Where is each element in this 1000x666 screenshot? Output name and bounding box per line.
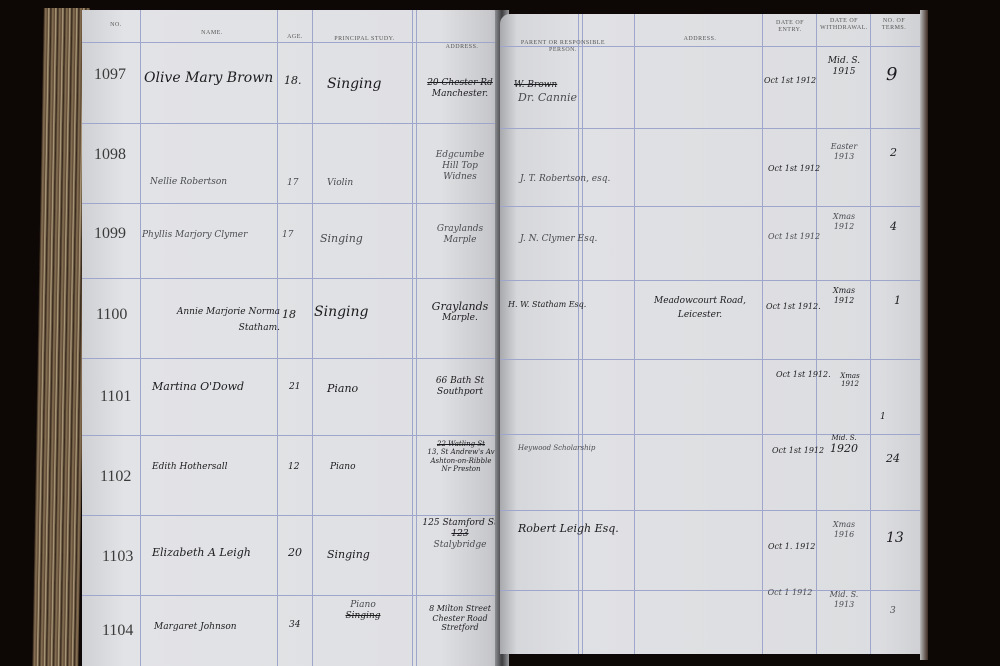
address-line: Nr Preston [441,465,480,473]
rule-line [82,515,504,516]
date-of-withdrawal: Mid. S. 1915 [820,56,868,78]
parent-name: W. Brown Dr. Cannie [514,80,577,104]
parent-line: Dr. Cannie [518,91,577,104]
header-date-of-withdrawal: Date of Withdrawal. [818,18,870,32]
rule-line [870,14,871,654]
address-line: 13, St Andrew's Av [427,448,494,456]
address-line: Marple. [442,313,478,324]
student-address: Graylands Marple [418,224,502,246]
rule-line [500,280,922,281]
rule-line [82,358,504,359]
address-line: Graylands [437,224,483,235]
entry-number: 1103 [102,548,133,566]
rule-line [82,123,504,124]
rule-line [82,595,504,596]
date-of-entry: Oct 1st 1912 [764,76,816,85]
header-date-of-entry: Date of Entry. [765,20,815,34]
student-age: 12 [288,462,299,472]
no-of-terms: 13 [886,530,904,546]
entry-number: 1097 [94,66,126,84]
address-line: Marple [444,235,477,246]
date-of-withdrawal: Easter 1913 [820,142,868,161]
student-age: 20 [288,546,302,559]
student-name: Olive Mary Brown [144,70,273,86]
student-name: Martina O'Dowd [152,380,244,393]
date-of-withdrawal: Xmas 1912 [830,372,870,389]
rule-line [82,42,504,43]
address-line: Edgcumbe [436,150,485,161]
address-struck: 22 Watling St [437,440,485,448]
no-of-terms: 4 [890,220,897,233]
header-age: Age. [278,34,312,41]
date-of-withdrawal: Xmas 1912 [820,286,868,305]
date-of-entry: Oct 1st 1912. [766,302,821,311]
date-of-entry: Oct 1st 1912 [772,446,824,455]
header-address: Address. [422,44,502,51]
left-page: No. Name. Age. Principal Study. Address.… [82,10,504,666]
right-page: Parent or Responsible Person. Address. D… [500,14,922,654]
no-of-terms: 1 [880,412,886,422]
student-address: 20 Chester Rd Manchester. [418,78,502,100]
rule-line [140,10,141,666]
parent-name: H. W. Statham Esq. [508,300,586,309]
student-address: Graylands Marple. [418,300,502,324]
study-correction: Piano [350,600,376,611]
student-name: Annie Marjorie Norma Statham. [142,304,280,336]
student-name: Margaret Johnson [154,622,237,632]
header-no: No. [96,22,136,29]
rule-line [500,359,922,360]
principal-study: Singing [314,304,369,320]
parent-struck: W. Brown [514,80,557,91]
parent-address: Meadowcourt Road, Leicester. [640,294,760,322]
principal-study: Violin [327,178,353,188]
principal-study: Piano [327,382,358,395]
entry-number: 1104 [102,622,133,640]
header-parent-address: Address. [660,36,740,43]
header-no-of-terms: No. of Terms. [872,18,916,32]
principal-study: Singing [327,76,382,92]
entry-number: 1102 [100,468,131,486]
address-line: Stalybridge [434,540,487,551]
date-of-withdrawal: Mid. S. 1913 [820,590,868,609]
rule-line [500,206,922,207]
rule-line [412,10,413,666]
header-name: Name. [172,30,252,37]
student-age: 17 [282,230,293,240]
rule-line [312,10,313,666]
no-of-terms: 2 [890,146,897,159]
no-of-terms: 9 [886,64,897,85]
student-name: Nellie Robertson [150,177,227,187]
entry-number: 1101 [100,388,131,406]
rule-line [578,14,579,654]
student-age: 17 [287,178,298,188]
date-of-withdrawal: Xmas 1916 [820,520,868,539]
student-age: 18. [284,74,302,87]
date-of-entry: Oct 1st 1912 [768,232,820,241]
study-struck: Singing [345,611,380,622]
rule-line [82,435,504,436]
address-line: Hill Top [442,161,478,172]
parent-name: J. T. Robertson, esq. [520,174,610,184]
parent-name: Heywood Scholarship [518,444,595,452]
address-line: Widnes [443,172,476,183]
parent-name: Robert Leigh Esq. [518,522,619,535]
entry-number: 1099 [94,225,126,243]
no-of-terms: 1 [894,294,901,307]
address-line: 125 Stamford St [422,518,497,529]
address-struck: 123 [451,529,468,540]
rule-line [277,10,278,666]
rule-line [82,203,504,204]
principal-study: Piano Singing [318,600,408,622]
student-age: 21 [289,382,300,392]
address-line: Ashton-on-Ribble [431,457,492,465]
parent-name: J. N. Clymer Esq. [520,234,597,244]
student-address: Edgcumbe Hill Top Widnes [418,150,502,182]
date-of-entry: Oct 1. 1912 [768,542,815,551]
student-address: 22 Watling St 13, St Andrew's Av Ashton-… [418,440,504,474]
address-line: Graylands [432,300,489,313]
entry-number: 1100 [96,306,127,324]
date-of-entry: Oct 1st 1912 [768,164,820,173]
student-age: 34 [289,620,300,630]
address-line: Chester Road [432,614,487,624]
student-address: 125 Stamford St 123 Stalybridge [418,518,502,550]
header-principal-study: Principal Study. [317,36,412,43]
rule-line [500,510,922,511]
rule-line [762,14,763,654]
date-of-entry: Oct 1 1912 [766,588,814,598]
address-line: Manchester. [432,89,488,100]
date-of-entry: Oct 1st 1912. [776,370,831,379]
principal-study: Singing [320,232,363,245]
date-of-withdrawal: Mid. S. 1920 [820,434,868,456]
entry-number: 1098 [94,146,126,164]
student-name: Phyllis Marjory Clymer [142,230,247,240]
student-address: 8 Milton Street Chester Road Stretford [418,604,502,633]
student-name: Edith Hothersall [152,462,228,472]
address-struck: 20 Chester Rd [427,78,493,89]
no-of-terms: 24 [886,452,900,465]
address-line: 66 Bath St [436,376,484,387]
address-line: Stretford [441,623,478,633]
rule-line [500,128,922,129]
principal-study: Singing [327,548,370,561]
address-line: 8 Milton Street [429,604,491,614]
right-page-edge [920,10,928,660]
student-address: 66 Bath St Southport [418,376,502,398]
address-line: Southport [437,387,483,398]
date-of-withdrawal: Xmas 1912 [820,212,868,231]
student-age: 18 [282,308,296,321]
rule-line [634,14,635,654]
no-of-terms: 3 [890,606,896,616]
rule-line [816,14,817,654]
student-name: Elizabeth A Leigh [152,546,251,559]
register-book: No. Name. Age. Principal Study. Address.… [0,0,1000,666]
principal-study: Piano [330,462,356,472]
rule-line [82,278,504,279]
header-parent: Parent or Responsible Person. [508,40,618,54]
